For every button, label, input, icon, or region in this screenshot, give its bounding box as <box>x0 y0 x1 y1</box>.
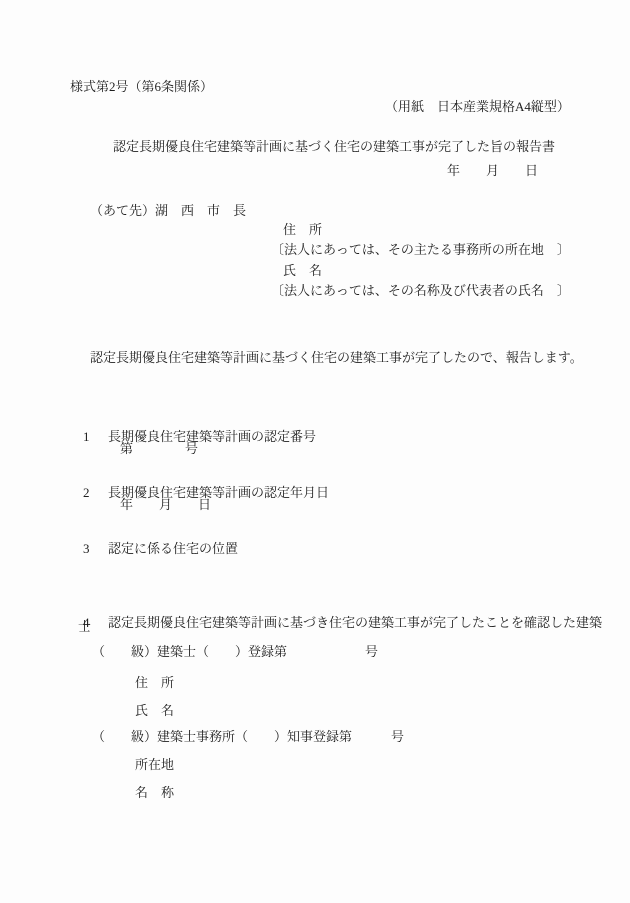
item-4-heading-continuation: 士 <box>78 619 91 635</box>
item-4-label-line1: 認定長期優良住宅建築等計画に基づき住宅の建築工事が完了したことを確認した建築 <box>108 615 602 630</box>
item-4-heading: 4認定長期優良住宅建築等計画に基づき住宅の建築工事が完了したことを確認した建築 <box>70 599 602 647</box>
applicant-name-corporate-note: 〔法人にあっては、その名称及び代表者の氏名 〕 <box>271 283 570 299</box>
architect-registration-field: （ 級）建築士（ ）登録第 号 <box>92 644 378 660</box>
item-3-number: 3 <box>83 541 108 557</box>
document-title: 認定長期優良住宅建築等計画に基づく住宅の建築工事が完了した旨の報告書 <box>113 139 555 155</box>
report-statement: 認定長期優良住宅建築等計画に基づく住宅の建築工事が完了したので、報告します。 <box>90 350 583 366</box>
item-3-label: 認定に係る住宅の位置 <box>108 541 238 556</box>
architect-office-name-label: 名 称 <box>135 785 174 801</box>
architect-office-location-label: 所在地 <box>135 757 174 773</box>
item-2-number: 2 <box>83 485 108 501</box>
architect-name-label: 氏 名 <box>135 703 174 719</box>
addressee-line: （あて先）湖 西 市 長 <box>90 203 246 219</box>
architect-address-label: 住 所 <box>135 675 174 691</box>
certification-number-field: 第 号 <box>120 441 198 457</box>
applicant-name-label: 氏 名 <box>283 263 322 279</box>
architect-office-registration-field: （ 級）建築士事務所（ ）知事登録第 号 <box>92 729 404 745</box>
report-date-field: 年 月 日 <box>447 163 538 179</box>
applicant-address-label: 住 所 <box>283 222 322 238</box>
applicant-address-corporate-note: 〔法人にあっては、その主たる事務所の所在地 〕 <box>271 242 570 258</box>
paper-spec-note: （用紙 日本産業規格A4縦型） <box>385 99 570 115</box>
item-1-number: 1 <box>83 429 108 445</box>
item-3-heading: 3認定に係る住宅の位置 <box>70 525 238 573</box>
form-number: 様式第2号（第6条関係） <box>70 79 213 95</box>
certification-date-field: 年 月 日 <box>120 497 211 513</box>
document-page: 様式第2号（第6条関係） （用紙 日本産業規格A4縦型） 認定長期優良住宅建築等… <box>0 0 630 903</box>
